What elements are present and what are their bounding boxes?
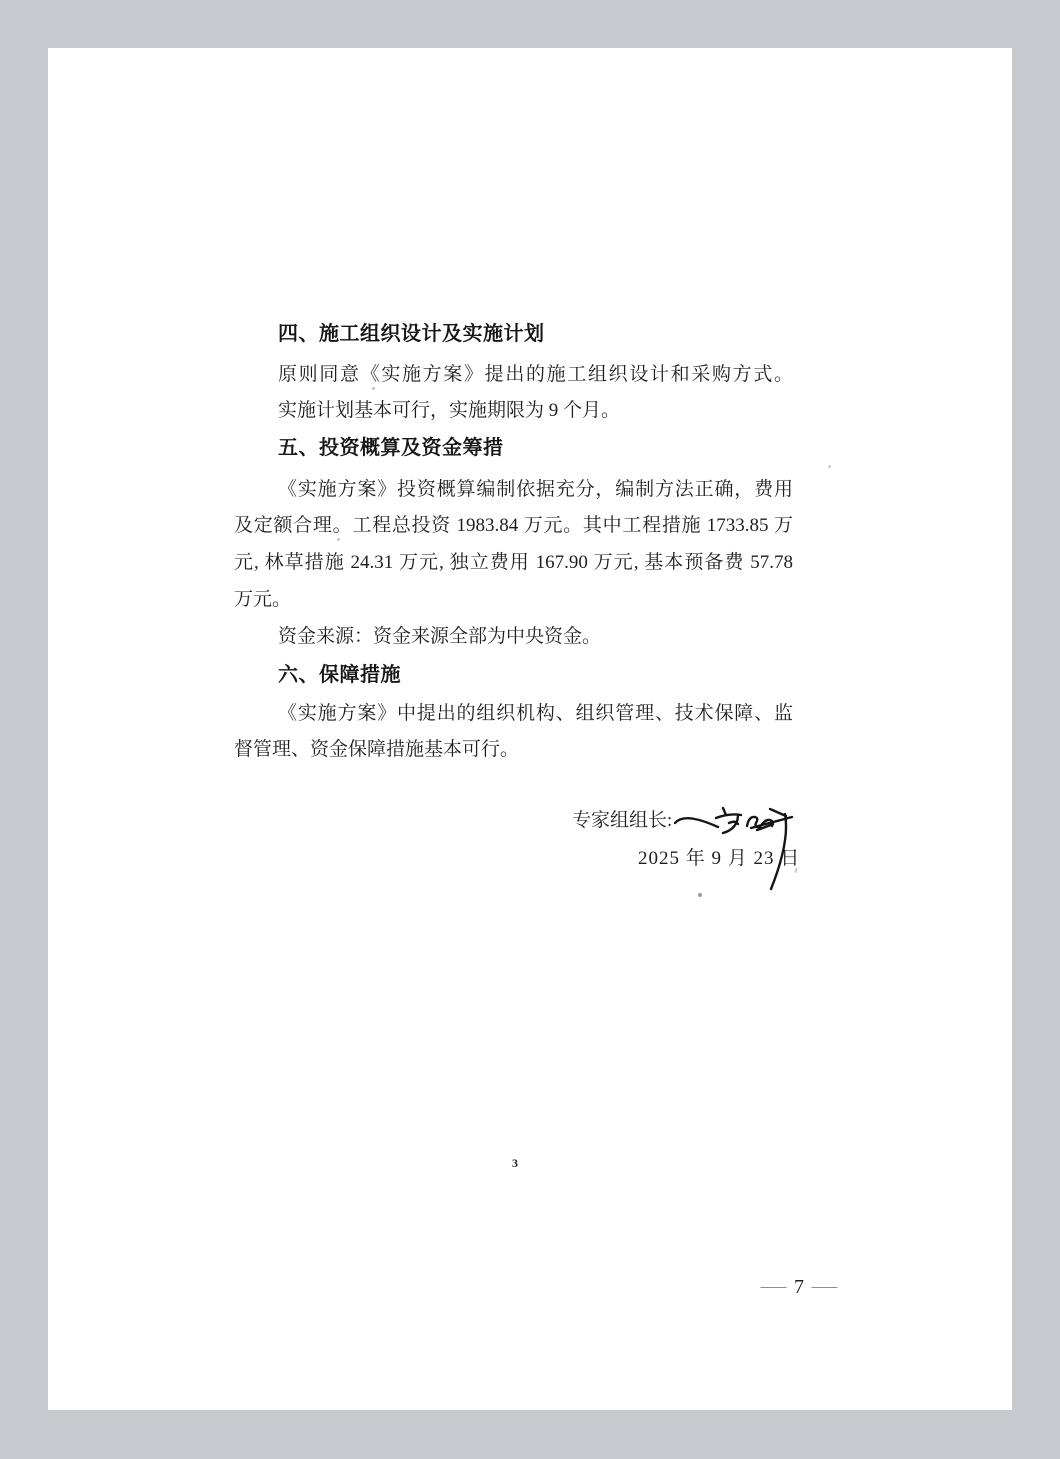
signature-label: 专家组组长: — [572, 808, 672, 834]
paragraph-line: 《实施方案》中提出的组织机构、组织管理、技术保障、监 — [278, 700, 793, 728]
paragraph-line: 督管理、资金保障措施基本可行。 — [234, 736, 519, 764]
page-number: — 7 — — [764, 1274, 834, 1300]
paragraph-line: 资金来源：资金来源全部为中央资金。 — [278, 623, 601, 651]
scan-background: 四、施工组织设计及实施计划 原则同意《实施方案》提出的施工组织设计和采购方式。 … — [0, 0, 1060, 1459]
paragraph-line: 实施计划基本可行，实施期限为 9 个月。 — [278, 397, 620, 425]
section-heading-4: 四、施工组织设计及实施计划 — [278, 320, 545, 348]
scan-speckle — [828, 465, 831, 468]
footnote-page-mark: 3 — [512, 1156, 518, 1171]
section-heading-5: 五、投资概算及资金筹措 — [278, 434, 504, 462]
handwritten-signature — [670, 796, 810, 896]
page-number-dash-left: — — [761, 1274, 787, 1300]
paragraph-line: 万元。 — [234, 586, 291, 614]
paragraph-line: 及定额合理。工程总投资 1983.84 万元。其中工程措施 1733.85 万 — [234, 512, 793, 540]
scan-speckle — [337, 538, 340, 541]
paragraph-line: 《实施方案》投资概算编制依据充分，编制方法正确，费用 — [278, 476, 793, 504]
paragraph-line: 原则同意《实施方案》提出的施工组织设计和采购方式。 — [278, 361, 793, 389]
scan-speckle — [372, 387, 375, 390]
page-number-dash-right: — — [812, 1274, 838, 1300]
section-heading-6: 六、保障措施 — [278, 661, 401, 689]
document-page: 四、施工组织设计及实施计划 原则同意《实施方案》提出的施工组织设计和采购方式。 … — [48, 48, 1012, 1410]
page-number-value: 7 — [794, 1274, 804, 1300]
paragraph-line: 元, 林草措施 24.31 万元, 独立费用 167.90 万元, 基本预备费 … — [234, 549, 793, 577]
